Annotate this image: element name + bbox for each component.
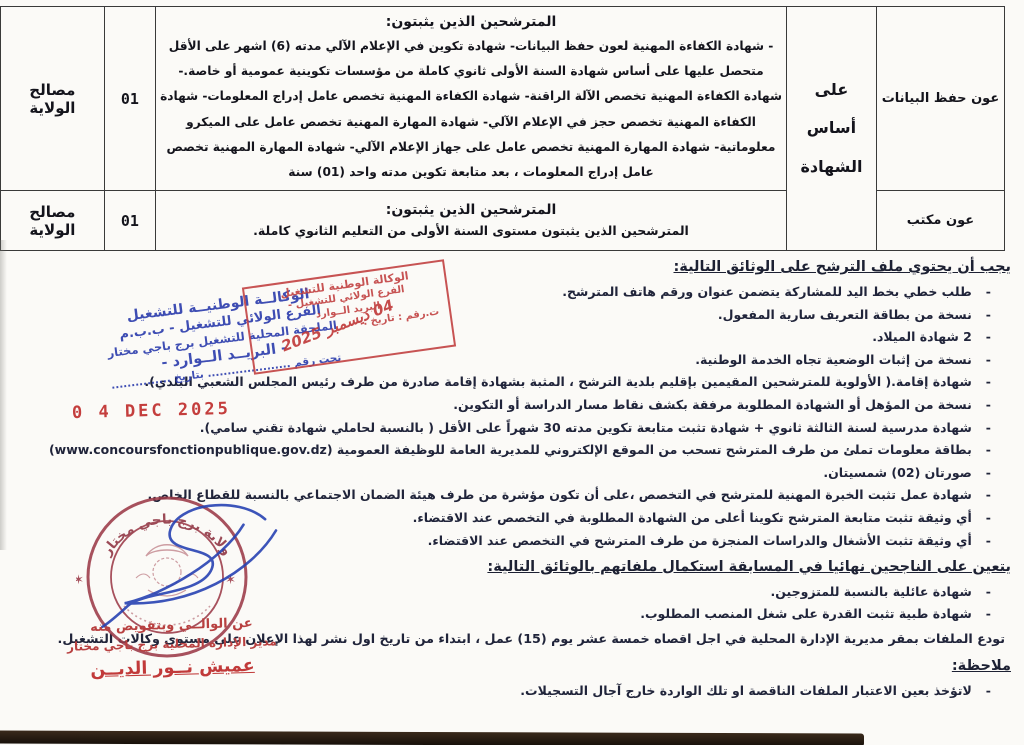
requirements-title: المترشحين الذين يثبتون: bbox=[160, 202, 782, 218]
service-cell: مصالح الولاية bbox=[1, 7, 105, 191]
vacancy-table: عون حفظ البيانات على أساس الشهادة المترش… bbox=[0, 6, 1005, 251]
requirements-cell: المترشحين الذين يثبتون: المترشحين الذين … bbox=[156, 191, 787, 251]
list-item-text: بطاقة معلومات تملئ من طرف المترشح تسحب م… bbox=[49, 442, 972, 457]
list-item-text: أي وثيقة تثبت الأشغال والدراسات المنجزة … bbox=[428, 533, 972, 548]
list-item-text: طلب خطي بخط اليد للمشاركة يتضمن عنوان ور… bbox=[562, 284, 972, 299]
requirements-line: - شهادة الكفاءة المهنية لعون حفظ البيانا… bbox=[160, 34, 782, 59]
star-icon: ✶ bbox=[76, 573, 84, 588]
requirements-title: المترشحين الذين يثبتون: bbox=[160, 14, 782, 30]
list-item-text: شهادة مدرسية لسنة الثالثة ثانوي + شهادة … bbox=[200, 420, 972, 435]
service-cell: مصالح الولاية bbox=[1, 191, 105, 251]
requirements-cell: المترشحين الذين يثبتون: - شهادة الكفاءة … bbox=[156, 7, 787, 191]
list-item-text: صورتان (02) شمسيتان. bbox=[823, 465, 971, 480]
signature bbox=[88, 489, 309, 635]
post-count-cell: 01 bbox=[104, 7, 155, 191]
requirements-line: الكفاءة المهنية تخصص حجز في الإعلام الآل… bbox=[160, 110, 782, 135]
list-item-text: أي وثيقة تثبت متابعة المترشح تكوينا أعلى… bbox=[413, 510, 972, 525]
list-item-text: شهادة إقامة.( الأولوية للمترشحين المقيمي… bbox=[144, 374, 971, 389]
list-item-text: نسخة من بطاقة التعريف سارية المفعول. bbox=[718, 307, 972, 322]
requirements-line: المترشحين الذين يثبتون مستوى السنة الأول… bbox=[160, 222, 782, 241]
signatory-title: مدير الإدارة المحلية برج باجي مختار bbox=[44, 634, 300, 655]
position-cell: عون حفظ البيانات bbox=[876, 7, 1004, 191]
post-count-cell: 01 bbox=[104, 191, 155, 251]
list-item-text: نسخة من إثبات الوضعية تجاه الخدمة الوطني… bbox=[695, 352, 972, 367]
photo-background-strip bbox=[0, 730, 864, 745]
list-item: شهادة مدرسية لسنة الثالثة ثانوي + شهادة … bbox=[8, 421, 991, 435]
list-item-text: شهادة عائلية بالنسبة للمتزوجين. bbox=[770, 584, 971, 599]
list-item-text: لاتؤخذ بعين الاعتبار الملفات الناقصة او … bbox=[520, 683, 972, 698]
date-stamp: 0 4 DEC 2025 bbox=[72, 399, 231, 423]
position-cell: عون مكتب bbox=[876, 191, 1004, 251]
paper-edge-shadow bbox=[0, 240, 7, 550]
list-item: لاتؤخذ بعين الاعتبار الملفات الناقصة او … bbox=[8, 684, 991, 698]
requirements-line: متحصل عليها على أساس شهادة السنة الأولى … bbox=[160, 59, 782, 84]
recruitment-basis-cell: على أساس الشهادة bbox=[786, 7, 876, 251]
scanned-recruitment-notice: عون حفظ البيانات على أساس الشهادة المترش… bbox=[0, 0, 1024, 745]
signatory-block: عن الوالــي وبتفويض منه مدير الإدارة الم… bbox=[43, 615, 300, 682]
list-item-text: شهادة طبية تثبت القدرة على شغل المنصب ال… bbox=[640, 606, 972, 621]
list-item: بطاقة معلومات تملئ من طرف المترشح تسحب م… bbox=[8, 443, 991, 457]
requirements-line: شهادة الكفاءة المهنية تخصص الآلة الراقنة… bbox=[160, 84, 782, 109]
list-item: طلب خطي بخط اليد للمشاركة يتضمن عنوان ور… bbox=[8, 285, 991, 299]
table-row: عون حفظ البيانات على أساس الشهادة المترش… bbox=[1, 7, 1005, 191]
list-item-text: نسخة من المؤهل أو الشهادة المطلوبة مرفقة… bbox=[453, 397, 972, 412]
requirements-line: معلوماتية- شهادة المهارة المهنية تخصص عا… bbox=[160, 135, 782, 160]
list-item: صورتان (02) شمسيتان. bbox=[8, 466, 991, 480]
requirements-line: عامل إدراج المعلومات ، بعد متابعة تكوين … bbox=[160, 160, 782, 185]
list-item-text: 2 شهادة الميلاد. bbox=[872, 329, 972, 344]
documents-section-heading: يجب أن يحتوي ملف الترشح على الوثائق التا… bbox=[8, 259, 1011, 275]
